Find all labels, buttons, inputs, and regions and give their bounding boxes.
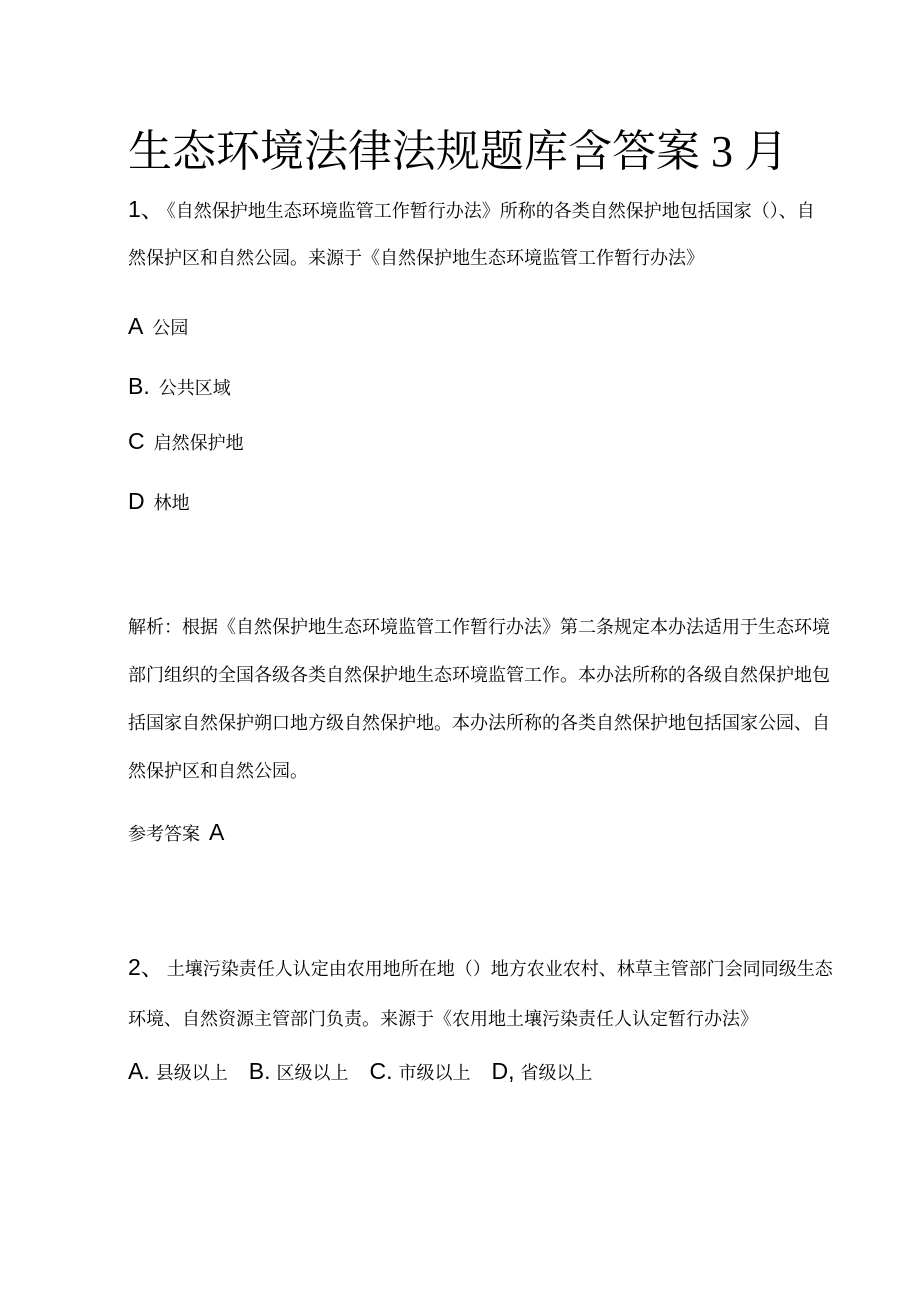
question-1-line-1: 1、《自然保护地生态环境监管工作暂行办法》所称的各类自然保护地包括国家（）、自 bbox=[128, 186, 815, 235]
option-b-letter: B. bbox=[128, 373, 150, 399]
q2-option-a-letter: A. bbox=[128, 1058, 150, 1084]
question-1-option-b: B.公共区域 bbox=[128, 363, 231, 412]
page-title: 生态环境法律法规题库含答案 3 月 bbox=[128, 126, 788, 178]
document-page: 生态环境法律法规题库含答案 3 月 1、《自然保护地生态环境监管工作暂行办法》所… bbox=[0, 0, 920, 1301]
question-1-option-a: A公园 bbox=[128, 303, 188, 352]
q2-option-c-letter: C. bbox=[370, 1058, 393, 1084]
question-1-analysis: 解析：根据《自然保护地生态环境监管工作暂行办法》第二条规定本办法适用于生态环境 … bbox=[128, 603, 830, 795]
q2-option-a-text: 县级以上 bbox=[156, 1063, 228, 1083]
option-a-letter: A bbox=[128, 313, 143, 339]
question-1-line-1-text: 《自然保护地生态环境监管工作暂行办法》所称的各类自然保护地包括国家（）、自 bbox=[167, 201, 815, 221]
question-2-option-d: D,省级以上 bbox=[492, 1063, 593, 1083]
q2-option-b-text: 区级以上 bbox=[276, 1063, 348, 1083]
question-2-option-c: C.市级以上 bbox=[370, 1063, 471, 1083]
q2-option-d-letter: D, bbox=[492, 1058, 515, 1084]
question-2-line-1-text: 土壤污染责任人认定由农用地所在地（）地方农业农村、林草主管部门会同同级生态 bbox=[167, 959, 833, 979]
question-2-number: 2、 bbox=[128, 954, 164, 980]
question-1-answer: 参考答案A bbox=[128, 809, 224, 858]
option-a-text: 公园 bbox=[152, 318, 188, 338]
answer-label: 参考答案 bbox=[128, 824, 200, 844]
question-1-option-d: D林地 bbox=[128, 478, 190, 527]
q2-option-c-text: 市级以上 bbox=[399, 1063, 471, 1083]
option-d-letter: D bbox=[128, 488, 145, 514]
question-1-text: 1、《自然保护地生态环境监管工作暂行办法》所称的各类自然保护地包括国家（）、自 … bbox=[128, 186, 815, 282]
question-2-options: A.县级以上 B.区级以上 C.市级以上 D,省级以上 bbox=[128, 1048, 609, 1097]
question-1-option-c: C启然保护地 bbox=[128, 418, 244, 467]
q2-option-b-letter: B. bbox=[249, 1058, 271, 1084]
analysis-line-2: 部门组织的全国各级各类自然保护地生态环境监管工作。本办法所称的各级自然保护地包 bbox=[128, 651, 830, 699]
option-c-text: 启然保护地 bbox=[154, 433, 244, 453]
option-d-text: 林地 bbox=[154, 493, 190, 513]
question-1-line-2: 然保护区和自然公园。来源于《自然保护地生态环境监管工作暂行办法》 bbox=[128, 235, 815, 282]
analysis-label: 解析： bbox=[128, 617, 182, 637]
question-2-line-1: 2、土壤污染责任人认定由农用地所在地（）地方农业农村、林草主管部门会同同级生态 bbox=[128, 942, 833, 994]
question-2-line-2: 环境、自然资源主管部门负责。来源于《农用地土壤污染责任人认定暂行办法》 bbox=[128, 994, 833, 1044]
question-2-option-a: A.县级以上 bbox=[128, 1063, 228, 1083]
question-1-number: 1、 bbox=[128, 196, 164, 222]
option-b-text: 公共区域 bbox=[159, 378, 231, 398]
analysis-line-4: 然保护区和自然公园。 bbox=[128, 747, 830, 795]
analysis-line-3: 括国家自然保护朔口地方级自然保护地。本办法所称的各类自然保护地包括国家公园、自 bbox=[128, 699, 830, 747]
answer-value: A bbox=[209, 819, 224, 845]
q2-option-d-text: 省级以上 bbox=[521, 1063, 593, 1083]
question-2-text: 2、土壤污染责任人认定由农用地所在地（）地方农业农村、林草主管部门会同同级生态 … bbox=[128, 942, 833, 1044]
option-c-letter: C bbox=[128, 428, 145, 454]
question-2-option-b: B.区级以上 bbox=[249, 1063, 349, 1083]
analysis-line-1: 解析：根据《自然保护地生态环境监管工作暂行办法》第二条规定本办法适用于生态环境 bbox=[128, 603, 830, 651]
analysis-line-1-text: 根据《自然保护地生态环境监管工作暂行办法》第二条规定本办法适用于生态环境 bbox=[182, 617, 830, 637]
